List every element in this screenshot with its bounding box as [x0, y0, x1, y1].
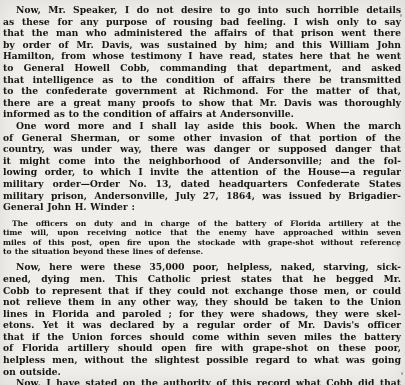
text-line: military prison, Andersonville, July 27,…	[3, 191, 401, 203]
text-line: not relieve them in any other way, they …	[3, 297, 401, 309]
text-line: that the man who administered the affair…	[3, 28, 401, 40]
text-line: to General Howell Cobb, commanding that …	[3, 63, 401, 75]
text-line: on outside.	[3, 367, 401, 379]
paragraph-partial-clipped: Now, I have stated on the authority of t…	[3, 378, 401, 385]
text-line: lowing order, to which I invite the atte…	[3, 167, 401, 179]
document-body: Now, Mr. Speaker, I do not desire to go …	[0, 0, 405, 385]
text-line: by order of Mr. Davis, was sustained by …	[3, 40, 401, 52]
text-line: The officers on duty and in charge of th…	[3, 219, 401, 228]
text-line: ened, dying men. This Catholic priest st…	[3, 274, 401, 286]
text-line: to the situation beyond these lines of d…	[3, 247, 401, 256]
scan-speck	[400, 14, 402, 17]
text-line: to the confederate government at Richmon…	[3, 86, 401, 98]
text-line: One word more and I shall lay aside this…	[3, 121, 401, 133]
text-line: of General Sherman, or some other invasi…	[3, 133, 401, 145]
text-line: Cobb to represent that if they could not…	[3, 286, 401, 298]
text-line: as these for any purpose of rousing bad …	[3, 17, 401, 29]
scan-speck	[401, 372, 403, 375]
text-line: there are a great many proofs to show th…	[3, 98, 401, 110]
text-line: General John H. Winder :	[3, 202, 401, 214]
paragraph-speaker-intro: Now, Mr. Speaker, I do not desire to go …	[3, 5, 401, 121]
text-line: that intelligence as to the condition of…	[3, 75, 401, 87]
text-line: time will, upon receiving notice that th…	[3, 228, 401, 237]
text-line: miles of this post, open fire upon the s…	[3, 238, 401, 247]
paragraph-order-introduction: One word more and I shall lay aside this…	[3, 121, 401, 214]
text-line: Hamilton, from whose testimony I have re…	[3, 51, 401, 63]
text-line: helpless men, without the slightest poss…	[3, 355, 401, 367]
page: Now, Mr. Speaker, I do not desire to go …	[0, 0, 405, 385]
text-line: informed as to the condition of affairs …	[3, 109, 401, 121]
text-line: Now, Mr. Speaker, I do not desire to go …	[3, 5, 401, 17]
text-line: that if the Union forces should come wit…	[3, 332, 401, 344]
text-line: etons. Yet it was declared by a regular …	[3, 320, 401, 332]
text-line: Now, here were these 35,000 poor, helple…	[3, 262, 401, 274]
blockquote-military-order: The officers on duty and in charge of th…	[3, 219, 401, 257]
text-line: it might come into the neighborhood of A…	[3, 156, 401, 168]
text-line: Now, I have stated on the authority of t…	[3, 378, 401, 385]
text-line: lines in Florida and paroled ; for they …	[3, 309, 401, 321]
text-line: country, was under way, there was danger…	[3, 144, 401, 156]
paragraph-catholic-priest: Now, here were these 35,000 poor, helple…	[3, 262, 401, 378]
text-line: military order—Order No. 13, dated headq…	[3, 179, 401, 191]
scan-speck	[397, 243, 399, 247]
text-line: of Florida artillery should open fire wi…	[3, 343, 401, 355]
